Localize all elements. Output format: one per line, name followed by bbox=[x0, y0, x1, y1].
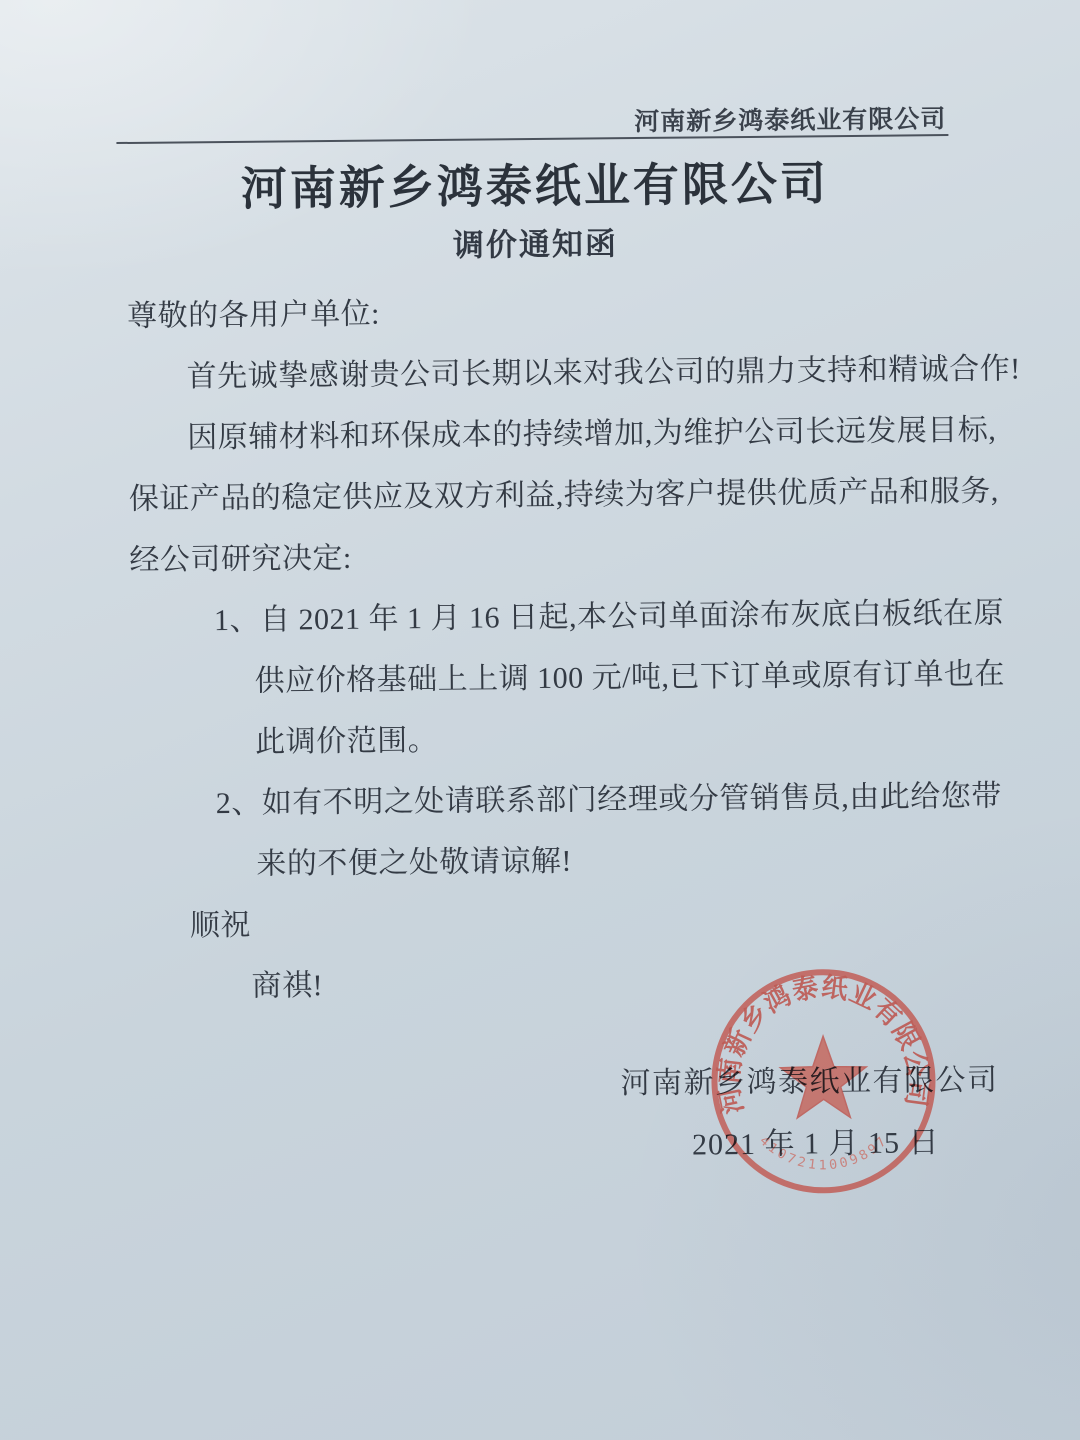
letterhead-company-name: 河南新乡鸿泰纸业有限公司 bbox=[634, 99, 946, 138]
letter-page: 河南新乡鸿泰纸业有限公司 河南新乡鸿泰纸业有限公司 调价通知函 尊敬的各用户单位… bbox=[0, 0, 1080, 1440]
seal-icon: 河南新乡鸿泰纸业有限公司 4107211009897 bbox=[705, 963, 942, 1200]
body-line: 首先诚挚感谢贵公司长期以来对我公司的鼎力支持和精诚合作! bbox=[127, 339, 978, 408]
letterhead-rule bbox=[116, 134, 948, 144]
body-line: 供应价格基础上上调 100 元/吨,已下订单或原有订单也在 bbox=[130, 644, 981, 713]
body-line: 来的不便之处敬请谅解! bbox=[132, 827, 983, 896]
body-line: 经公司研究决定: bbox=[129, 522, 980, 591]
body-line: 因原辅材料和环保成本的持续增加,为维护公司长远发展目标, bbox=[128, 400, 979, 469]
letter-body: 尊敬的各用户单位: 首先诚挚感谢贵公司长期以来对我公司的鼎力支持和精诚合作! 因… bbox=[127, 278, 984, 1018]
page-title: 河南新乡鸿泰纸业有限公司 bbox=[0, 145, 1075, 221]
seal-serial-number: 4107211009897 bbox=[756, 1132, 892, 1174]
document-subtitle: 调价通知函 bbox=[0, 214, 1076, 269]
star-icon bbox=[780, 1036, 866, 1118]
closing-wish: 顺祝 bbox=[133, 888, 984, 957]
body-line: 保证产品的稳定供应及双方利益,持续为客户提供优质产品和服务, bbox=[129, 461, 980, 530]
body-line-item-2: 2、如有不明之处请联系部门经理或分管销售员,由此给您带 bbox=[131, 766, 982, 835]
salutation: 尊敬的各用户单位: bbox=[127, 278, 978, 347]
body-line: 此调价范围。 bbox=[131, 705, 982, 774]
company-seal-stamp: 河南新乡鸿泰纸业有限公司 4107211009897 bbox=[705, 963, 942, 1200]
svg-text:4107211009897: 4107211009897 bbox=[756, 1132, 892, 1174]
body-line-item-1: 1、自 2021 年 1 月 16 日起,本公司单面涂布灰底白板纸在原 bbox=[130, 583, 981, 652]
